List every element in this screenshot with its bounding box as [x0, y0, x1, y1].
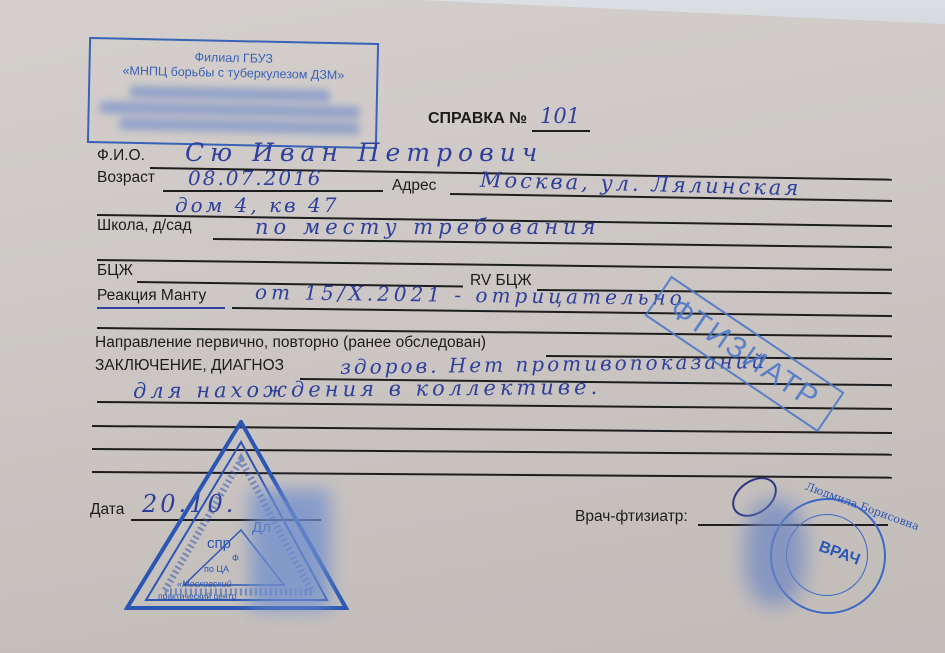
fio-value: Сю Иван Петрович	[185, 138, 543, 167]
triangle-stamp-text: практический центр	[158, 591, 236, 601]
mantoux-label-underline	[97, 307, 225, 309]
bcg-label: БЦЖ	[97, 262, 133, 280]
date-label: Дата	[90, 501, 124, 519]
institution-stamp: Филиал ГБУЗ «МНПЦ борьбы с туберкулезом …	[87, 37, 379, 149]
conclusion-label: ЗАКЛЮЧЕНИЕ, ДИАГНОЗ	[95, 357, 284, 375]
redacted-text	[100, 101, 360, 118]
doctor-label: Врач-фтизиатр:	[575, 508, 688, 526]
redacted-area	[745, 500, 805, 605]
age-line	[163, 190, 383, 192]
triangle-stamp-text: «Московский	[177, 579, 232, 589]
document-title: СПРАВКА №	[428, 110, 527, 128]
triangle-stamp-text: по ЦА	[204, 564, 229, 574]
fio-label: Ф.И.О.	[97, 147, 145, 165]
school-label: Школа, д/сад	[97, 217, 191, 235]
triangle-stamp-text: спр	[207, 535, 231, 552]
triangle-stamp-text: Ф	[232, 553, 239, 563]
age-label: Возраст	[97, 169, 155, 187]
referral-label: Направление первично, повторно (ранее об…	[95, 334, 486, 352]
address-value-line2: дом 4, кв 47	[175, 193, 340, 217]
school-value: по месту требования	[255, 215, 600, 239]
redacted-text	[130, 86, 330, 102]
redacted-text	[119, 118, 359, 135]
address-label: Адрес	[392, 177, 436, 195]
mantoux-label: Реакция Манту	[97, 287, 206, 305]
redacted-area	[250, 490, 330, 610]
conclusion-value-line2: для нахождения в коллективе.	[133, 375, 601, 403]
document-number: 101	[540, 104, 580, 128]
number-underline	[532, 130, 590, 132]
age-value: 08.07.2016	[188, 166, 323, 190]
